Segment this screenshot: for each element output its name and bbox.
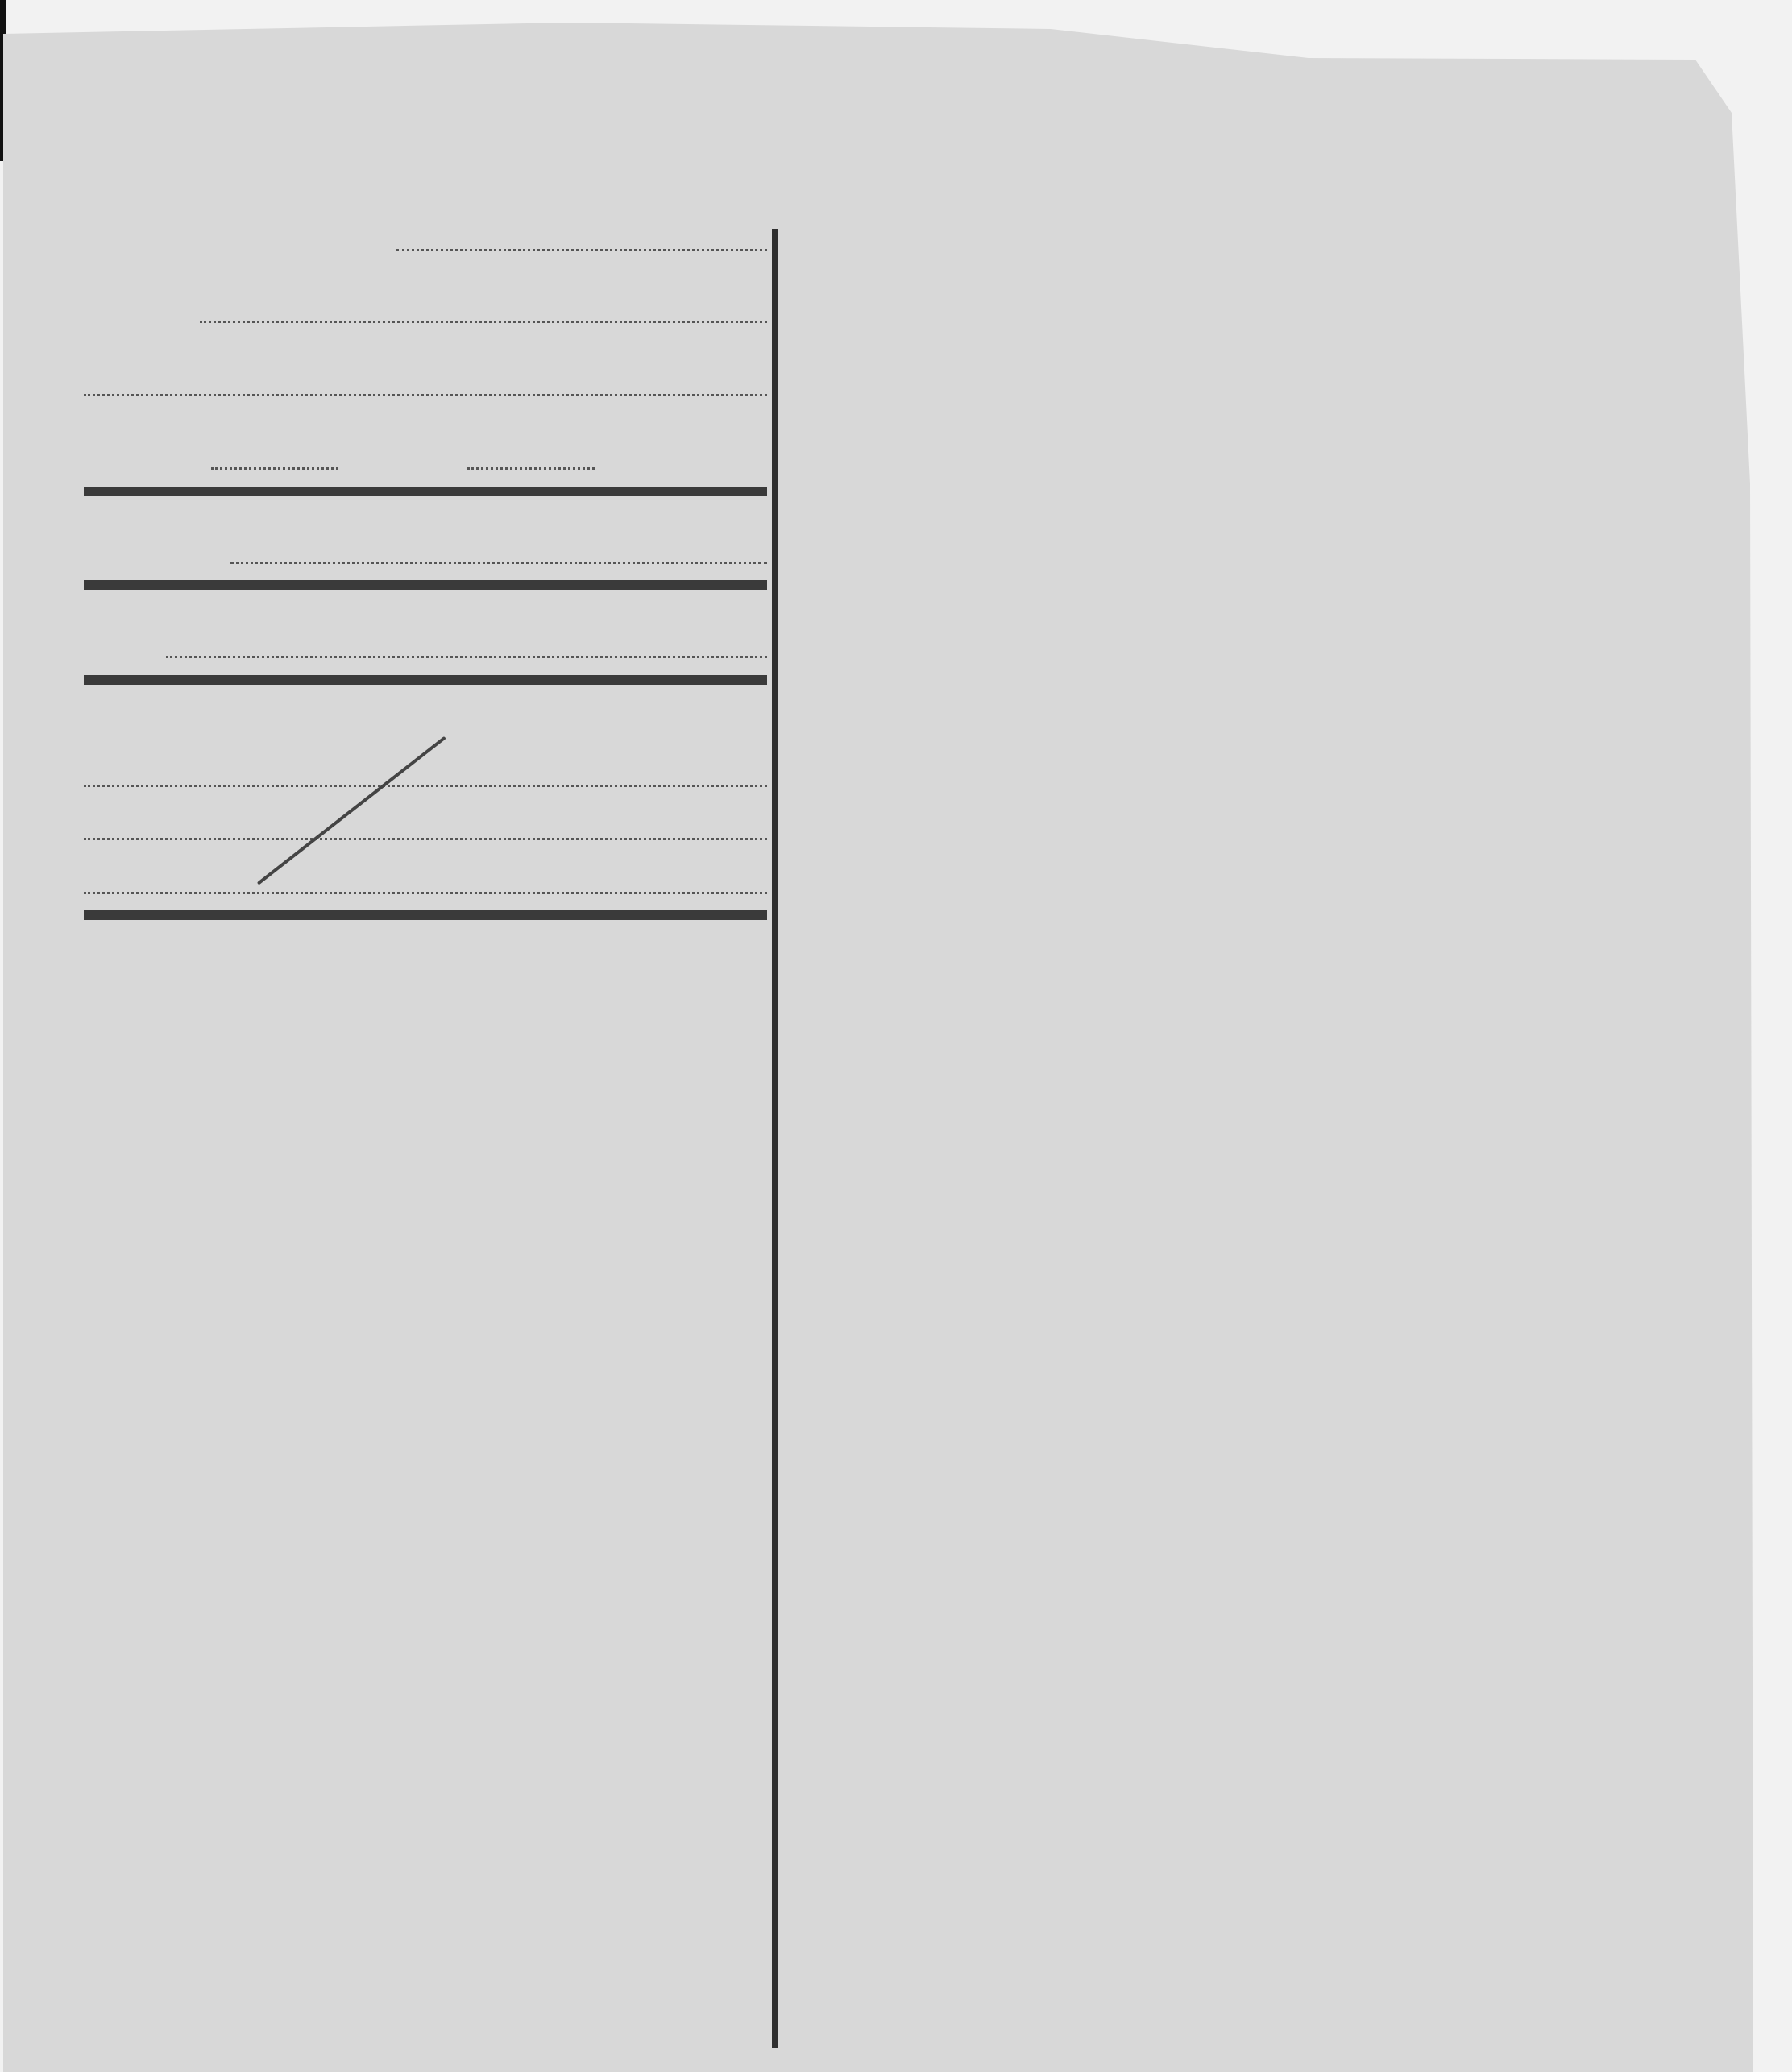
- form-paper: [3, 0, 1753, 2072]
- rule: [84, 487, 767, 496]
- rule: [84, 675, 767, 685]
- rule: [84, 910, 767, 920]
- krt-line: [467, 467, 595, 470]
- usk-line: [166, 656, 767, 658]
- elukoht-line: [396, 249, 767, 251]
- rahvus-line: [230, 562, 767, 564]
- uulits-line-1: [200, 321, 767, 323]
- column-divider: [772, 229, 778, 2048]
- uulits-line-2: [84, 394, 767, 396]
- rule: [84, 580, 767, 590]
- sojavae-line-1: [84, 785, 767, 787]
- sojavae-line-3: [84, 892, 767, 894]
- maja-line: [211, 467, 338, 470]
- sojavae-line-2: [84, 838, 767, 840]
